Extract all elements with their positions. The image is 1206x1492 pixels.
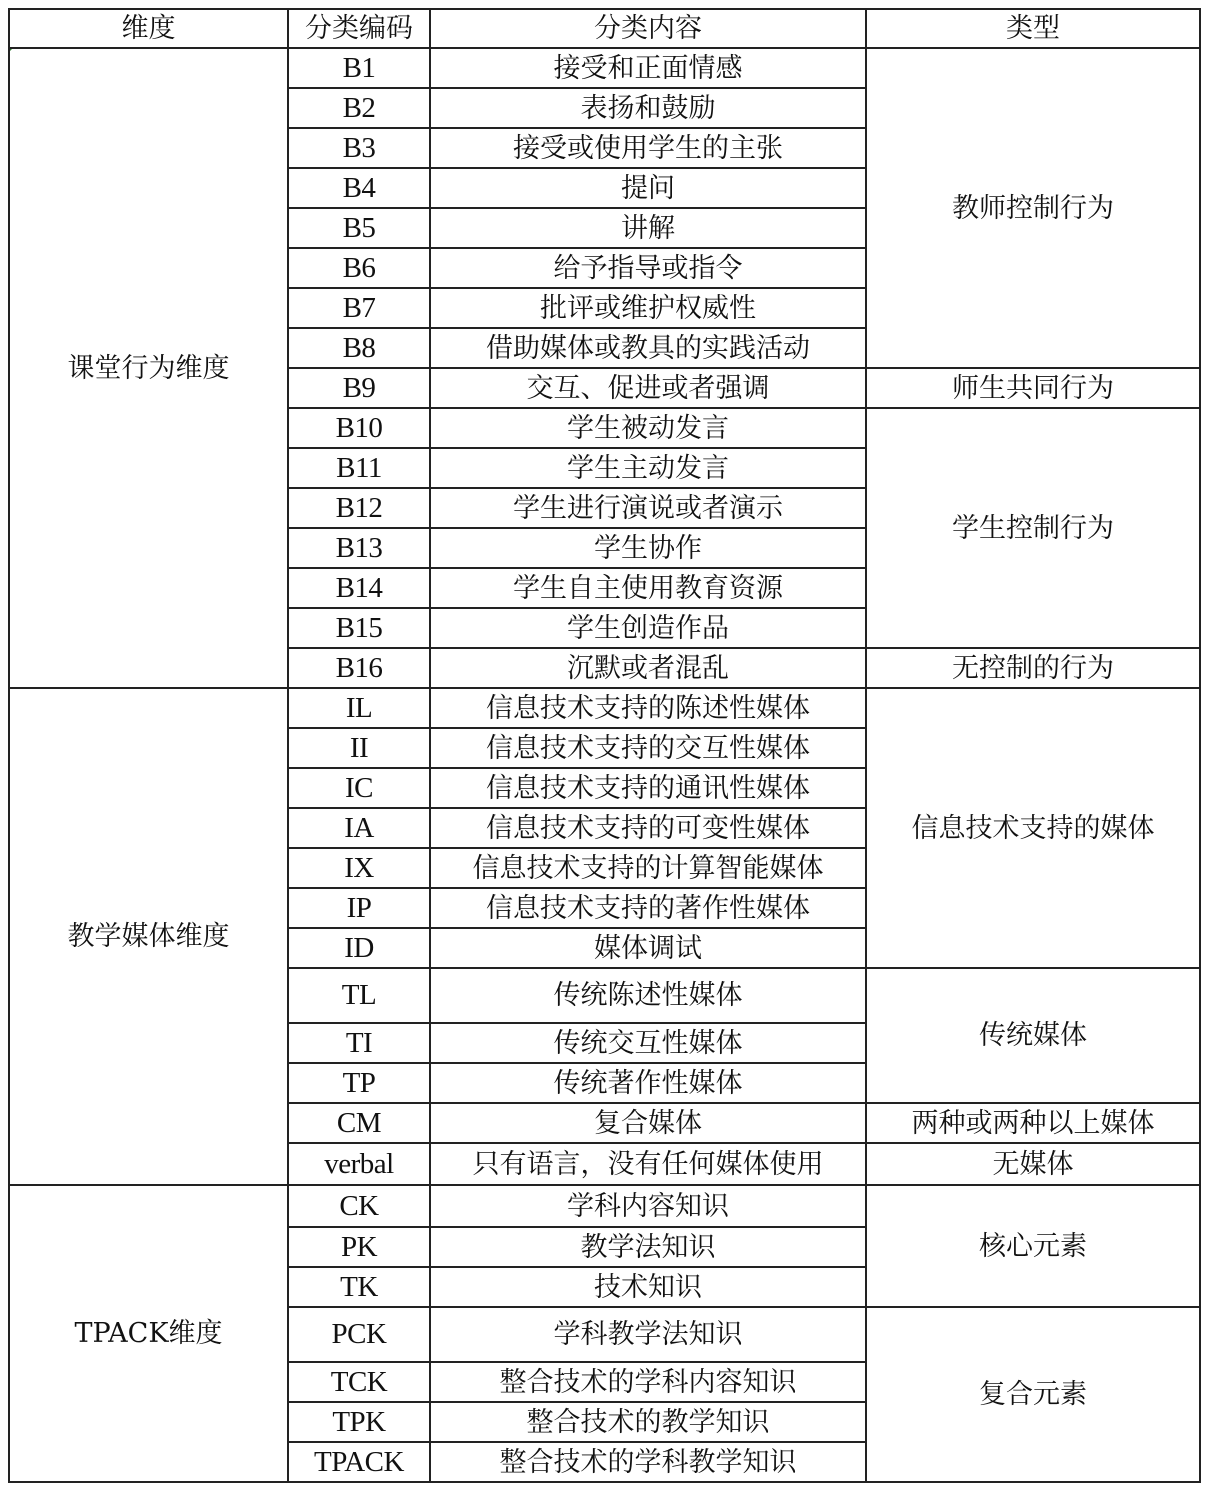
content-cell: 技术知识 [430,1267,866,1307]
classification-table: 维度 分类编码 分类内容 类型 课堂行为维度 B1 接受和正面情感 教师控制行为… [8,8,1201,1483]
code-cell: IA [288,808,430,848]
content-cell: 教学法知识 [430,1227,866,1267]
content-cell: 整合技术的学科内容知识 [430,1362,866,1402]
code-cell: PK [288,1227,430,1267]
table-row: 课堂行为维度 B1 接受和正面情感 教师控制行为 [9,48,1200,88]
code-cell: TCK [288,1362,430,1402]
header-row: 维度 分类编码 分类内容 类型 [9,9,1200,48]
content-cell: 接受或使用学生的主张 [430,128,866,168]
content-cell: 整合技术的教学知识 [430,1402,866,1442]
code-cell: B11 [288,448,430,488]
header-content: 分类内容 [430,9,866,48]
table-row: 教学媒体维度 IL 信息技术支持的陈述性媒体 信息技术支持的媒体 [9,688,1200,728]
code-cell: IC [288,768,430,808]
content-cell: 学科教学法知识 [430,1307,866,1362]
code-cell: B16 [288,648,430,688]
content-cell: 信息技术支持的陈述性媒体 [430,688,866,728]
code-cell: IP [288,888,430,928]
content-cell: 给予指导或指令 [430,248,866,288]
content-cell: 传统陈述性媒体 [430,968,866,1023]
content-cell: 学生被动发言 [430,408,866,448]
dimension-cell: TPACK维度 [9,1185,288,1482]
dimension-cell: 课堂行为维度 [9,48,288,688]
code-cell: B9 [288,368,430,408]
code-cell: B10 [288,408,430,448]
code-cell: CM [288,1103,430,1143]
dimension-cell: 教学媒体维度 [9,688,288,1185]
code-cell: B6 [288,248,430,288]
header-code: 分类编码 [288,9,430,48]
content-cell: 交互、促进或者强调 [430,368,866,408]
content-cell: 提问 [430,168,866,208]
code-cell: B12 [288,488,430,528]
content-cell: 媒体调试 [430,928,866,968]
type-cell: 信息技术支持的媒体 [866,688,1200,968]
header-dimension: 维度 [9,9,288,48]
content-cell: 信息技术支持的著作性媒体 [430,888,866,928]
code-cell: TL [288,968,430,1023]
content-cell: 借助媒体或教具的实践活动 [430,328,866,368]
code-cell: B13 [288,528,430,568]
type-cell: 传统媒体 [866,968,1200,1103]
type-cell: 师生共同行为 [866,368,1200,408]
code-cell: B4 [288,168,430,208]
content-cell: 整合技术的学科教学知识 [430,1442,866,1482]
type-cell: 教师控制行为 [866,48,1200,368]
content-cell: 讲解 [430,208,866,248]
code-cell: PCK [288,1307,430,1362]
content-cell: 复合媒体 [430,1103,866,1143]
code-cell: B8 [288,328,430,368]
code-cell: TP [288,1063,430,1103]
type-cell: 学生控制行为 [866,408,1200,648]
content-cell: 信息技术支持的计算智能媒体 [430,848,866,888]
code-cell: IL [288,688,430,728]
code-cell: B15 [288,608,430,648]
code-cell: TI [288,1023,430,1063]
code-cell: IX [288,848,430,888]
content-cell: 传统著作性媒体 [430,1063,866,1103]
content-cell: 学科内容知识 [430,1185,866,1227]
content-cell: 只有语言，没有任何媒体使用 [430,1143,866,1185]
table-row: TPACK维度 CK 学科内容知识 核心元素 [9,1185,1200,1227]
code-cell: B3 [288,128,430,168]
content-cell: 学生主动发言 [430,448,866,488]
code-cell: B2 [288,88,430,128]
code-cell: ID [288,928,430,968]
content-cell: 接受和正面情感 [430,48,866,88]
content-cell: 表扬和鼓励 [430,88,866,128]
content-cell: 信息技术支持的通讯性媒体 [430,768,866,808]
type-cell: 核心元素 [866,1185,1200,1307]
code-cell: CK [288,1185,430,1227]
code-cell: B1 [288,48,430,88]
code-cell: verbal [288,1143,430,1185]
content-cell: 学生协作 [430,528,866,568]
code-cell: B7 [288,288,430,328]
code-cell: II [288,728,430,768]
header-type: 类型 [866,9,1200,48]
code-cell: TK [288,1267,430,1307]
type-cell: 复合元素 [866,1307,1200,1482]
content-cell: 批评或维护权威性 [430,288,866,328]
code-cell: TPK [288,1402,430,1442]
content-cell: 信息技术支持的交互性媒体 [430,728,866,768]
content-cell: 学生进行演说或者演示 [430,488,866,528]
type-cell: 两种或两种以上媒体 [866,1103,1200,1143]
content-cell: 信息技术支持的可变性媒体 [430,808,866,848]
content-cell: 学生自主使用教育资源 [430,568,866,608]
content-cell: 传统交互性媒体 [430,1023,866,1063]
content-cell: 学生创造作品 [430,608,866,648]
code-cell: B14 [288,568,430,608]
type-cell: 无控制的行为 [866,648,1200,688]
code-cell: TPACK [288,1442,430,1482]
code-cell: B5 [288,208,430,248]
content-cell: 沉默或者混乱 [430,648,866,688]
type-cell: 无媒体 [866,1143,1200,1185]
